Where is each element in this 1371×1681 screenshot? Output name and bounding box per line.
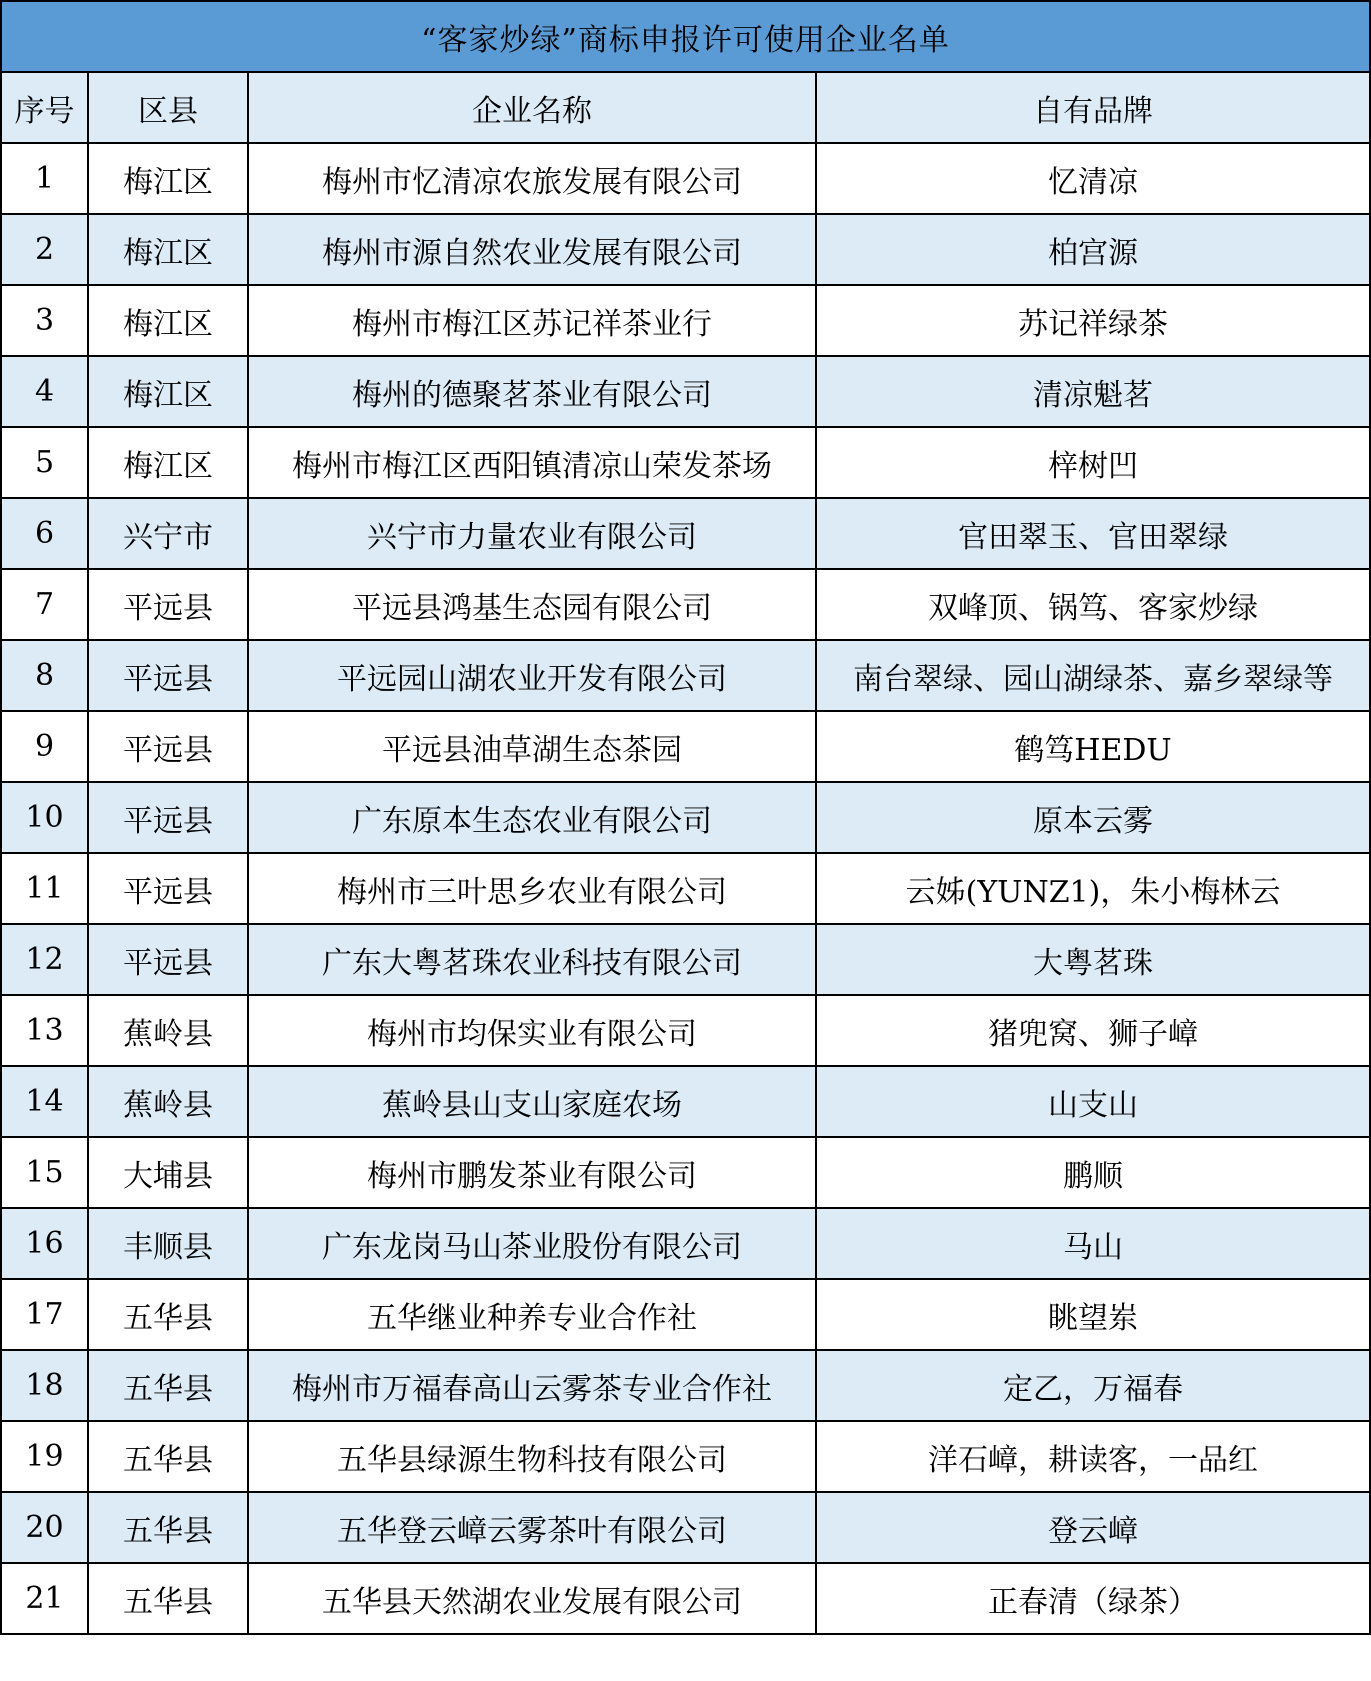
row-company: 五华继业种养专业合作社: [248, 1279, 816, 1350]
row-company: 广东龙岗马山茶业股份有限公司: [248, 1208, 816, 1279]
row-number: 14: [1, 1066, 88, 1137]
row-number: 10: [1, 782, 88, 853]
row-brand: 马山: [816, 1208, 1370, 1279]
row-district: 蕉岭县: [88, 1066, 248, 1137]
row-district: 大埔县: [88, 1137, 248, 1208]
row-number: 3: [1, 285, 88, 356]
row-number: 9: [1, 711, 88, 782]
row-brand: 南台翠绿、园山湖绿茶、嘉乡翠绿等: [816, 640, 1370, 711]
row-district: 五华县: [88, 1421, 248, 1492]
table-row: 11平远县梅州市三叶思乡农业有限公司云姊(YUNZ1)，朱小梅林云: [1, 853, 1370, 924]
header-row: 序号 区县 企业名称 自有品牌: [1, 72, 1370, 143]
row-company: 梅州市源自然农业发展有限公司: [248, 214, 816, 285]
row-company: 梅州的德聚茗茶业有限公司: [248, 356, 816, 427]
row-company: 梅州市均保实业有限公司: [248, 995, 816, 1066]
row-brand: 双峰顶、锅笃、客家炒绿: [816, 569, 1370, 640]
table-row: 16丰顺县广东龙岗马山茶业股份有限公司马山: [1, 1208, 1370, 1279]
table-row: 21五华县五华县天然湖农业发展有限公司正春清（绿茶）: [1, 1563, 1370, 1634]
row-district: 梅江区: [88, 285, 248, 356]
row-company: 兴宁市力量农业有限公司: [248, 498, 816, 569]
row-company: 广东原本生态农业有限公司: [248, 782, 816, 853]
row-company: 梅州市鹏发茶业有限公司: [248, 1137, 816, 1208]
row-brand: 柏宫源: [816, 214, 1370, 285]
row-number: 6: [1, 498, 88, 569]
row-company: 平远园山湖农业开发有限公司: [248, 640, 816, 711]
row-number: 1: [1, 143, 88, 214]
column-header-brand: 自有品牌: [816, 72, 1370, 143]
table-row: 8平远县平远园山湖农业开发有限公司南台翠绿、园山湖绿茶、嘉乡翠绿等: [1, 640, 1370, 711]
row-brand: 登云嶂: [816, 1492, 1370, 1563]
table-row: 7平远县平远县鸿基生态园有限公司双峰顶、锅笃、客家炒绿: [1, 569, 1370, 640]
row-district: 梅江区: [88, 356, 248, 427]
row-company: 五华登云嶂云雾茶叶有限公司: [248, 1492, 816, 1563]
row-company: 梅州市万福春高山云雾茶专业合作社: [248, 1350, 816, 1421]
row-number: 17: [1, 1279, 88, 1350]
row-brand: 云姊(YUNZ1)，朱小梅林云: [816, 853, 1370, 924]
row-district: 平远县: [88, 569, 248, 640]
row-company: 平远县鸿基生态园有限公司: [248, 569, 816, 640]
row-number: 20: [1, 1492, 88, 1563]
row-brand: 山支山: [816, 1066, 1370, 1137]
row-district: 平远县: [88, 782, 248, 853]
table-row: 5梅江区梅州市梅江区西阳镇清凉山荣发茶场梓树凹: [1, 427, 1370, 498]
row-brand: 鹤笃HEDU: [816, 711, 1370, 782]
row-company: 蕉岭县山支山家庭农场: [248, 1066, 816, 1137]
column-header-district: 区县: [88, 72, 248, 143]
row-number: 2: [1, 214, 88, 285]
row-number: 12: [1, 924, 88, 995]
row-district: 平远县: [88, 853, 248, 924]
row-number: 5: [1, 427, 88, 498]
row-brand: 定乙，万福春: [816, 1350, 1370, 1421]
row-district: 平远县: [88, 711, 248, 782]
row-brand: 原本云雾: [816, 782, 1370, 853]
row-district: 蕉岭县: [88, 995, 248, 1066]
table-row: 19五华县五华县绿源生物科技有限公司洋石嶂，耕读客，一品红: [1, 1421, 1370, 1492]
table-row: 17五华县五华继业种养专业合作社眺望岽: [1, 1279, 1370, 1350]
row-district: 梅江区: [88, 143, 248, 214]
row-brand: 忆清凉: [816, 143, 1370, 214]
row-district: 五华县: [88, 1279, 248, 1350]
row-brand: 洋石嶂，耕读客，一品红: [816, 1421, 1370, 1492]
table-row: 1梅江区梅州市忆清凉农旅发展有限公司忆清凉: [1, 143, 1370, 214]
row-number: 11: [1, 853, 88, 924]
row-brand: 梓树凹: [816, 427, 1370, 498]
row-company: 平远县油草湖生态茶园: [248, 711, 816, 782]
column-header-company: 企业名称: [248, 72, 816, 143]
table-row: 20五华县五华登云嶂云雾茶叶有限公司登云嶂: [1, 1492, 1370, 1563]
table-row: 12平远县广东大粤茗珠农业科技有限公司大粤茗珠: [1, 924, 1370, 995]
row-number: 8: [1, 640, 88, 711]
table-body: 1梅江区梅州市忆清凉农旅发展有限公司忆清凉2梅江区梅州市源自然农业发展有限公司柏…: [1, 143, 1370, 1634]
row-number: 18: [1, 1350, 88, 1421]
row-number: 21: [1, 1563, 88, 1634]
row-brand: 清凉魁茗: [816, 356, 1370, 427]
row-district: 五华县: [88, 1492, 248, 1563]
row-brand: 大粤茗珠: [816, 924, 1370, 995]
table-row: 6兴宁市兴宁市力量农业有限公司官田翠玉、官田翠绿: [1, 498, 1370, 569]
row-district: 梅江区: [88, 427, 248, 498]
table-row: 9平远县平远县油草湖生态茶园鹤笃HEDU: [1, 711, 1370, 782]
table-row: 3梅江区梅州市梅江区苏记祥茶业行苏记祥绿茶: [1, 285, 1370, 356]
row-district: 梅江区: [88, 214, 248, 285]
enterprise-list-table: “客家炒绿”商标申报许可使用企业名单 序号 区县 企业名称 自有品牌 1梅江区梅…: [0, 0, 1371, 1635]
row-company: 梅州市梅江区西阳镇清凉山荣发茶场: [248, 427, 816, 498]
row-brand: 苏记祥绿茶: [816, 285, 1370, 356]
table-row: 14蕉岭县蕉岭县山支山家庭农场山支山: [1, 1066, 1370, 1137]
table-title: “客家炒绿”商标申报许可使用企业名单: [1, 1, 1370, 72]
row-number: 7: [1, 569, 88, 640]
row-number: 16: [1, 1208, 88, 1279]
row-company: 广东大粤茗珠农业科技有限公司: [248, 924, 816, 995]
row-district: 兴宁市: [88, 498, 248, 569]
row-company: 梅州市忆清凉农旅发展有限公司: [248, 143, 816, 214]
row-number: 19: [1, 1421, 88, 1492]
column-header-number: 序号: [1, 72, 88, 143]
table-row: 18五华县梅州市万福春高山云雾茶专业合作社定乙，万福春: [1, 1350, 1370, 1421]
row-district: 五华县: [88, 1563, 248, 1634]
table-row: 10平远县广东原本生态农业有限公司原本云雾: [1, 782, 1370, 853]
row-brand: 鹏顺: [816, 1137, 1370, 1208]
row-brand: 眺望岽: [816, 1279, 1370, 1350]
row-district: 丰顺县: [88, 1208, 248, 1279]
row-district: 平远县: [88, 924, 248, 995]
table-row: 2梅江区梅州市源自然农业发展有限公司柏宫源: [1, 214, 1370, 285]
row-company: 五华县绿源生物科技有限公司: [248, 1421, 816, 1492]
row-company: 五华县天然湖农业发展有限公司: [248, 1563, 816, 1634]
table-row: 15大埔县梅州市鹏发茶业有限公司鹏顺: [1, 1137, 1370, 1208]
table-row: 13蕉岭县梅州市均保实业有限公司猪兜窝、狮子嶂: [1, 995, 1370, 1066]
row-number: 15: [1, 1137, 88, 1208]
row-number: 13: [1, 995, 88, 1066]
row-district: 五华县: [88, 1350, 248, 1421]
row-company: 梅州市三叶思乡农业有限公司: [248, 853, 816, 924]
row-brand: 正春清（绿茶）: [816, 1563, 1370, 1634]
row-brand: 猪兜窝、狮子嶂: [816, 995, 1370, 1066]
row-brand: 官田翠玉、官田翠绿: [816, 498, 1370, 569]
row-company: 梅州市梅江区苏记祥茶业行: [248, 285, 816, 356]
row-number: 4: [1, 356, 88, 427]
title-row: “客家炒绿”商标申报许可使用企业名单: [1, 1, 1370, 72]
table-row: 4梅江区梅州的德聚茗茶业有限公司清凉魁茗: [1, 356, 1370, 427]
row-district: 平远县: [88, 640, 248, 711]
